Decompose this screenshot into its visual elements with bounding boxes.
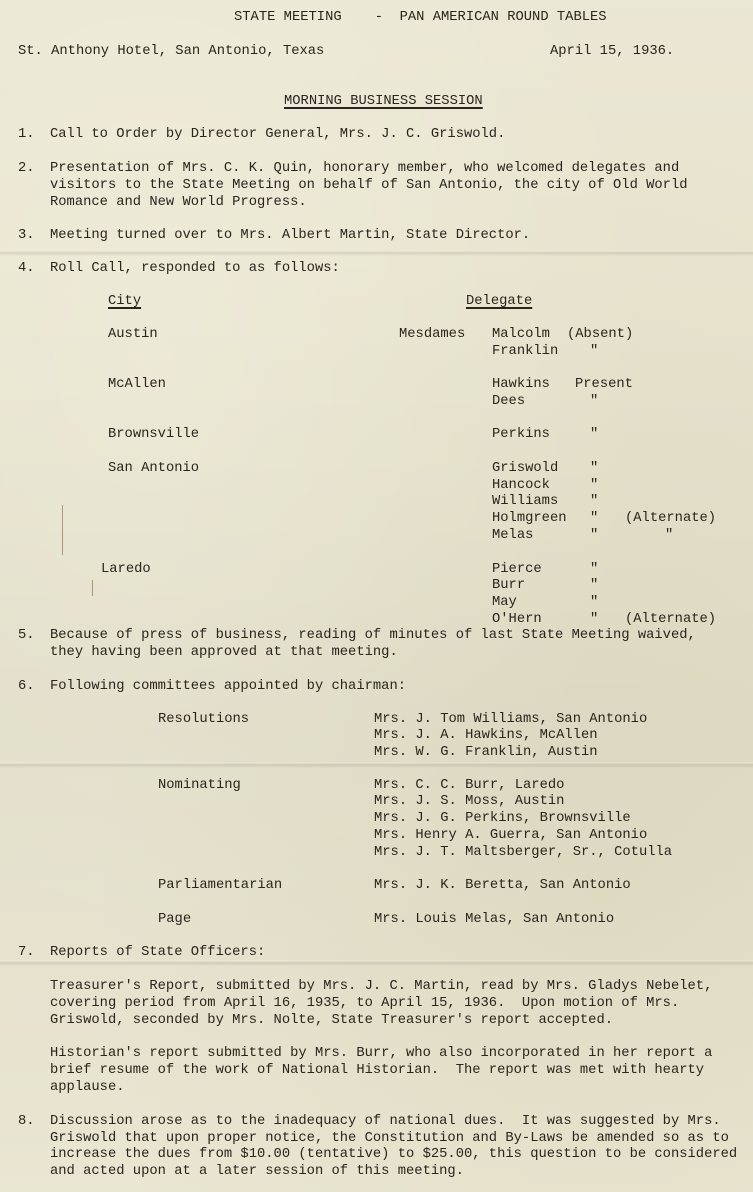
delegate-prefix: Mesdames <box>399 326 465 343</box>
note-cell: (Alternate) <box>625 611 716 628</box>
committee-member: Mrs. W. G. Franklin, Austin <box>374 744 598 761</box>
item-text: Presentation of Mrs. C. K. Quin, honorar… <box>50 160 679 177</box>
item-number: 1. <box>18 126 35 143</box>
status-cell: " <box>590 343 598 360</box>
committee-name: Resolutions <box>158 711 249 728</box>
item-number: 8. <box>18 1113 35 1130</box>
delegate-cell: Hawkins <box>492 376 550 393</box>
committee-name: Nominating <box>158 777 241 794</box>
session-heading: MORNING BUSINESS SESSION <box>284 93 483 110</box>
city-cell: San Antonio <box>108 460 199 477</box>
delegate-cell: Perkins <box>492 426 550 443</box>
report-text: Historian's report submitted by Mrs. Bur… <box>50 1045 712 1062</box>
item-number: 2. <box>18 160 35 177</box>
status-cell: " <box>590 577 598 594</box>
status-cell: " <box>590 611 598 628</box>
pencil-mark <box>62 505 63 555</box>
city-cell: Austin <box>108 326 158 343</box>
document-title: STATE MEETING - PAN AMERICAN ROUND TABLE… <box>234 9 607 26</box>
report-text: applause. <box>50 1079 125 1096</box>
status-cell: (Absent) <box>567 326 633 343</box>
delegate-cell: Pierce <box>492 561 542 578</box>
item-text: visitors to the State Meeting on behalf … <box>50 177 688 194</box>
delegate-cell: Burr <box>492 577 525 594</box>
delegate-cell: Griswold <box>492 460 558 477</box>
delegate-cell: Franklin <box>492 343 558 360</box>
city-cell: Brownsville <box>108 426 199 443</box>
committee-member: Mrs. J. T. Maltsberger, Sr., Cotulla <box>374 844 672 861</box>
delegate-cell: O'Hern <box>492 611 542 628</box>
committee-member: Mrs. Louis Melas, San Antonio <box>374 911 614 928</box>
item-text: Discussion arose as to the inadequacy of… <box>50 1113 721 1130</box>
status-cell: " <box>590 594 598 611</box>
committee-member: Mrs. C. C. Burr, Laredo <box>374 777 564 794</box>
delegate-cell: Holmgreen <box>492 510 567 527</box>
item-text: Call to Order by Director General, Mrs. … <box>50 126 505 143</box>
report-text: Griswold, seconded by Mrs. Nolte, State … <box>50 1012 613 1029</box>
committee-member: Mrs. J. Tom Williams, San Antonio <box>374 711 647 728</box>
status-cell: " <box>590 510 598 527</box>
status-cell: " <box>590 393 598 410</box>
status-cell: " <box>590 527 598 544</box>
status-cell: " <box>590 493 598 510</box>
item-number: 6. <box>18 678 35 695</box>
committee-member: Mrs. Henry A. Guerra, San Antonio <box>374 827 647 844</box>
status-cell: " <box>590 460 598 477</box>
note-cell: " <box>665 527 673 544</box>
delegate-cell: May <box>492 594 517 611</box>
column-header-delegate: Delegate <box>466 293 532 310</box>
item-text: Reports of State Officers: <box>50 944 265 961</box>
item-text: Following committees appointed by chairm… <box>50 678 406 695</box>
status-cell: " <box>590 561 598 578</box>
delegate-cell: Williams <box>492 493 558 510</box>
item-number: 7. <box>18 944 35 961</box>
paper-fold <box>0 762 753 768</box>
column-header-city: City <box>108 293 141 310</box>
city-cell: McAllen <box>108 376 166 393</box>
status-cell: " <box>590 477 598 494</box>
item-text: increase the dues from $10.00 (tentative… <box>50 1146 737 1163</box>
delegate-cell: Hancock <box>492 477 550 494</box>
committee-member: Mrs. J. K. Beretta, San Antonio <box>374 877 631 894</box>
committee-member: Mrs. J. A. Hawkins, McAllen <box>374 727 598 744</box>
item-text: Meeting turned over to Mrs. Albert Marti… <box>50 227 530 244</box>
city-cell: Laredo <box>101 561 151 578</box>
committee-member: Mrs. J. G. Perkins, Brownsville <box>374 810 631 827</box>
delegate-cell: Malcolm <box>492 326 550 343</box>
delegate-cell: Melas <box>492 527 533 544</box>
item-text: Because of press of business, reading of… <box>50 627 696 644</box>
item-text: Griswold that upon proper notice, the Co… <box>50 1130 729 1147</box>
report-text: covering period from April 16, 1935, to … <box>50 995 679 1012</box>
item-text: Romance and New World Progress. <box>50 194 307 211</box>
meeting-location: St. Anthony Hotel, San Antonio, Texas <box>18 43 324 60</box>
item-number: 4. <box>18 260 35 277</box>
committee-name: Page <box>158 911 191 928</box>
pencil-mark <box>92 580 93 596</box>
item-number: 5. <box>18 627 35 644</box>
meeting-date: April 15, 1936. <box>550 43 674 60</box>
item-text: and acted upon at a later session of thi… <box>50 1163 464 1180</box>
status-cell: Present <box>575 376 633 393</box>
item-text: Roll Call, responded to as follows: <box>50 260 340 277</box>
note-cell: (Alternate) <box>625 510 716 527</box>
report-text: brief resume of the work of National His… <box>50 1062 704 1079</box>
committee-member: Mrs. J. S. Moss, Austin <box>374 793 564 810</box>
item-number: 3. <box>18 227 35 244</box>
status-cell: " <box>590 426 598 443</box>
delegate-cell: Dees <box>492 393 525 410</box>
report-text: Treasurer's Report, submitted by Mrs. J.… <box>50 978 712 995</box>
committee-name: Parliamentarian <box>158 877 282 894</box>
item-text: they having been approved at that meetin… <box>50 644 398 661</box>
paper-fold <box>0 250 753 256</box>
